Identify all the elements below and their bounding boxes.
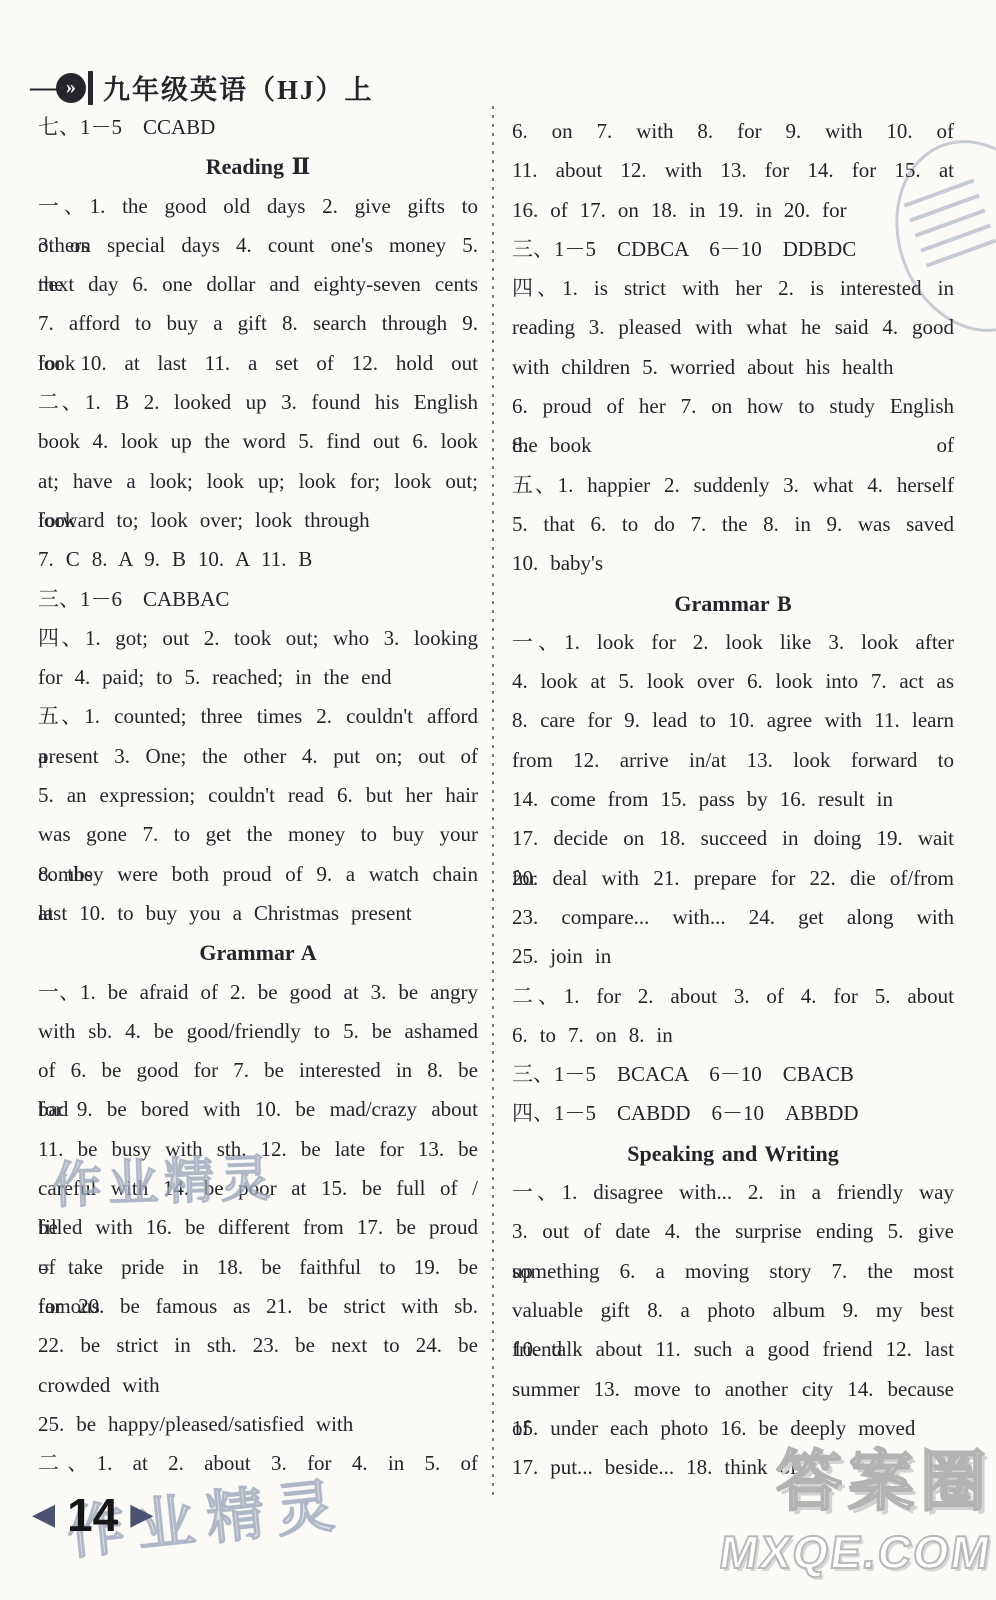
answer-line: filled with 16. be different from 17. be… — [38, 1208, 478, 1247]
answer-line: 四、1. got; out 2. took out; who 3. lookin… — [38, 619, 478, 658]
answer-line: summer 13. move to another city 14. beca… — [512, 1370, 954, 1409]
answer-line: 一、1. be afraid of 2. be good at 3. be an… — [38, 973, 478, 1012]
answer-line: present 3. One; the other 4. put on; out… — [38, 737, 478, 776]
answer-line: 五、1. counted; three times 2. couldn't af… — [38, 697, 478, 736]
answer-line: 3. on special days 4. count one's money … — [38, 226, 478, 265]
header-bar — [88, 71, 93, 105]
answer-line: 五、1. happier 2. suddenly 3. what 4. hers… — [512, 466, 954, 505]
answer-line: 11. about 12. with 13. for 14. for 15. a… — [512, 151, 954, 190]
page-number: 14 — [67, 1488, 118, 1542]
answer-line: forward to; look over; look through — [38, 501, 478, 540]
answer-line: reading 3. pleased with what he said 4. … — [512, 308, 954, 347]
answer-line: 7. C 8. A 9. B 10. A 11. B — [38, 540, 478, 579]
page-header: — » 九年级英语（HJ）上 — [30, 68, 374, 107]
right-column: 6. on 7. with 8. for 9. with 10. of11. a… — [512, 112, 954, 1487]
answer-line: 二、1. for 2. about 3. of 4. for 5. about — [512, 977, 954, 1016]
answer-line: was gone 7. to get the money to buy your… — [38, 815, 478, 854]
answer-line: 3. out of date 4. the surprise ending 5.… — [512, 1212, 954, 1251]
answer-line: 25. join in — [512, 937, 954, 976]
answer-line: with sb. 4. be good/friendly to 5. be as… — [38, 1012, 478, 1051]
left-column: 七、1－5 CCABDReading Ⅱ一、1. the good old da… — [38, 108, 478, 1483]
answer-line: 17. put... beside... 18. think of — [512, 1448, 954, 1487]
answer-line: with children 5. worried about his healt… — [512, 348, 954, 387]
answer-line: 四、1－5 CABDD 6－10 ABBDD — [512, 1094, 954, 1133]
answer-line: 14. come from 15. pass by 16. result in — [512, 780, 954, 819]
answer-line: for 9. be bored with 10. be mad/crazy ab… — [38, 1090, 478, 1129]
answer-line: 16. of 17. on 18. in 19. in 20. for — [512, 191, 954, 230]
answer-key-page: — » 九年级英语（HJ）上 七、1－5 CCABDReading Ⅱ一、1. … — [0, 0, 996, 1600]
answer-line: 一、1. look for 2. look like 3. look after — [512, 623, 954, 662]
answer-line: 6. proud of her 7. on how to study Engli… — [512, 387, 954, 426]
answer-line: for 10. at last 11. a set of 12. hold ou… — [38, 344, 478, 383]
prev-page-icon[interactable]: ◀ — [32, 1500, 55, 1530]
answer-line: crowded with — [38, 1366, 478, 1405]
answer-line: book 4. look up the word 5. find out 6. … — [38, 422, 478, 461]
answer-line: 25. be happy/pleased/satisfied with — [38, 1405, 478, 1444]
answer-line: of 6. be good for 7. be interested in 8.… — [38, 1051, 478, 1090]
column-divider — [492, 106, 494, 1496]
answer-line: 二、1. B 2. looked up 3. found his English — [38, 383, 478, 422]
answer-line: 10. baby's — [512, 544, 954, 583]
answer-line: 二、1. at 2. about 3. for 4. in 5. of — [38, 1444, 478, 1483]
answer-line: 7. afford to buy a gift 8. search throug… — [38, 304, 478, 343]
answer-line: 三、1－5 BCACA 6－10 CBACB — [512, 1055, 954, 1094]
answer-line: valuable gift 8. a photo album 9. my bes… — [512, 1291, 954, 1330]
answer-line: 23. compare... with... 24. get along wit… — [512, 898, 954, 937]
brand-logo-icon: » — [56, 73, 86, 103]
answer-line: 8. care for 9. lead to 10. agree with 11… — [512, 701, 954, 740]
answer-line: 三、1－5 CDBCA 6－10 DDBDC — [512, 230, 954, 269]
answer-line: = take pride in 18. be faithful to 19. b… — [38, 1248, 478, 1287]
answer-line: 8. they were both proud of 9. a watch ch… — [38, 855, 478, 894]
answer-line: 5. an expression; couldn't read 6. but h… — [38, 776, 478, 815]
section-heading: Grammar B — [512, 584, 954, 623]
answer-line: 17. decide on 18. succeed in doing 19. w… — [512, 819, 954, 858]
answer-line: next day 6. one dollar and eighty-seven … — [38, 265, 478, 304]
answer-line: 七、1－5 CCABD — [38, 108, 478, 147]
answer-line: careful with 14. be poor at 15. be full … — [38, 1169, 478, 1208]
page-navigation: ◀ 14 ▶ — [32, 1488, 153, 1542]
answer-line: 5. that 6. to do 7. the 8. in 9. was sav… — [512, 505, 954, 544]
answer-line: 4. look at 5. look over 6. look into 7. … — [512, 662, 954, 701]
answer-line: 四、1. is strict with her 2. is interested… — [512, 269, 954, 308]
answer-line: at; have a look; look up; look for; look… — [38, 462, 478, 501]
watermark-site-url: MXQE.COM — [717, 1525, 996, 1579]
section-heading: Grammar A — [38, 933, 478, 972]
answer-line: 一、1. the good old days 2. give gifts to … — [38, 187, 478, 226]
section-heading: Speaking and Writing — [512, 1134, 954, 1173]
page-title: 九年级英语（HJ）上 — [103, 68, 374, 107]
answer-line: 一、1. disagree with... 2. in a friendly w… — [512, 1173, 954, 1212]
answer-line: 15. under each photo 16. be deeply moved — [512, 1409, 954, 1448]
next-page-icon[interactable]: ▶ — [130, 1500, 153, 1530]
answer-line: from 12. arrive in/at 13. look forward t… — [512, 741, 954, 780]
answer-line: 10. talk about 11. such a good friend 12… — [512, 1330, 954, 1369]
answer-line: for 20. be famous as 21. be strict with … — [38, 1287, 478, 1326]
answer-line: 6. to 7. on 8. in — [512, 1016, 954, 1055]
section-heading: Reading Ⅱ — [38, 147, 478, 186]
answer-line: something 6. a moving story 7. the most — [512, 1252, 954, 1291]
answer-line: 三、1－6 CABBAC — [38, 580, 478, 619]
answer-line: 6. on 7. with 8. for 9. with 10. of — [512, 112, 954, 151]
answer-line: 20. deal with 21. prepare for 22. die of… — [512, 859, 954, 898]
answer-line: 11. be busy with sth. 12. be late for 13… — [38, 1130, 478, 1169]
answer-line: 22. be strict in sth. 23. be next to 24.… — [38, 1326, 478, 1365]
answer-line: for 4. paid; to 5. reached; in the end — [38, 658, 478, 697]
answer-line: last 10. to buy you a Christmas present — [38, 894, 478, 933]
header-dash: — — [30, 72, 56, 104]
